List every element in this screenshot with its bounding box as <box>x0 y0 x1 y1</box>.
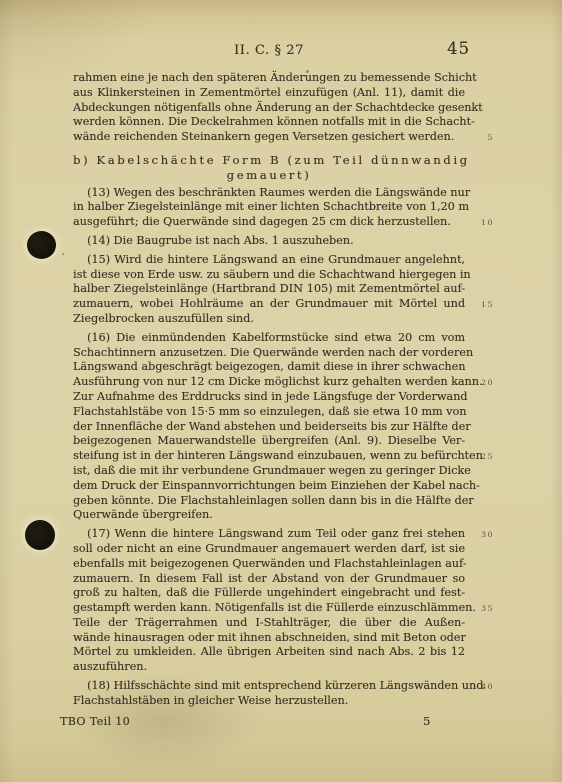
punch-hole-bottom <box>25 520 55 550</box>
text-line: Längswand abgeschrägt beigezogen, damit … <box>73 360 465 375</box>
text-line: aus Klinkersteinen in Zementmörtel einzu… <box>73 86 465 101</box>
text-line: (15) Wird die hintere Längswand an eine … <box>73 253 465 268</box>
text-line: ebenfalls mit beigezogenen Querwänden un… <box>73 557 465 572</box>
margin-line-number: 35 <box>481 605 494 613</box>
text-line: Flachstahlstäben in gleicher Weise herzu… <box>73 694 465 709</box>
text-line: Querwände übergreifen. <box>73 508 465 523</box>
text-line: auszuführen. <box>73 660 465 675</box>
punch-hole-top <box>27 231 56 259</box>
paper-speck <box>62 253 64 255</box>
document-page: II. C. § 27 45 rahmen eine je nach den s… <box>0 0 562 782</box>
text-line: der Innenfläche der Wand abstehen und be… <box>73 420 465 435</box>
margin-line-number: 20 <box>481 379 494 387</box>
margin-line-number: 15 <box>481 301 494 309</box>
footer-document-label: TBO Teil 10 <box>60 715 130 728</box>
text-line: rahmen eine je nach den späteren Änderun… <box>73 71 465 86</box>
paragraph: (14) Die Baugrube ist nach Abs. 1 auszuh… <box>73 234 465 249</box>
margin-line-number: 25 <box>481 453 494 461</box>
text-line: zumauern. In diesem Fall ist der Abstand… <box>73 572 465 587</box>
text-line: Schachtinnern anzusetzen. Die Querwände … <box>73 346 465 361</box>
text-line: Ziegelbrocken auszufüllen sind. <box>73 312 465 327</box>
text-column: rahmen eine je nach den späteren Änderun… <box>73 71 465 709</box>
text-line: Abdeckungen nötigenfalls ohne Änderung a… <box>73 101 465 116</box>
paragraph: (13) Wegen des beschränkten Raumes werde… <box>73 186 465 230</box>
text-line: in halber Ziegelsteinlänge mit einer lic… <box>73 200 465 215</box>
text-line: steifung ist in der hinteren Längswand e… <box>73 449 465 464</box>
text-line: ist diese von Erde usw. zu säubern und d… <box>73 268 465 283</box>
margin-line-number: 5 <box>488 134 494 142</box>
paragraph: (16) Die einmündenden Kabelformstücke si… <box>73 331 465 523</box>
text-line: Mörtel zu umkleiden. Alle übrigen Arbeit… <box>73 645 465 660</box>
paragraph: (17) Wenn die hintere Längswand zum Teil… <box>73 527 465 675</box>
text-line: (18) Hilfsschächte sind mit entsprechend… <box>73 679 465 694</box>
margin-line-number: 10 <box>481 219 494 227</box>
text-line: (17) Wenn die hintere Längswand zum Teil… <box>73 527 465 542</box>
text-line: zumauern, wobei Hohlräume an der Grundma… <box>73 297 465 312</box>
text-line: halber Ziegelsteinlänge (Hartbrand DIN 1… <box>73 282 465 297</box>
text-line: (16) Die einmündenden Kabelformstücke si… <box>73 331 465 346</box>
section-heading: b) Kabelschächte Form B (zum Teil dünnwa… <box>73 153 465 183</box>
text-line: wände hinausragen oder mit ihnen abschne… <box>73 631 465 646</box>
text-line: dem Druck der Einspannvorrichtungen beim… <box>73 479 465 494</box>
margin-line-number: 40 <box>481 683 494 691</box>
margin-line-number: 30 <box>481 531 494 539</box>
text-line: geben könnte. Die Flachstahleinlagen sol… <box>73 494 465 509</box>
section-heading-line: b) Kabelschächte Form B (zum Teil dünnwa… <box>73 153 465 168</box>
text-line: groß zu halten, daß die Füllerde ungehin… <box>73 586 465 601</box>
running-head: II. C. § 27 <box>73 43 465 58</box>
text-line: Flachstahlstäbe von 15·5 mm so einzulege… <box>73 405 465 420</box>
paragraph: rahmen eine je nach den späteren Änderun… <box>73 71 465 145</box>
text-line: Zur Aufnahme des Erddrucks sind in jede … <box>73 390 465 405</box>
section-heading-line: gemauert) <box>73 168 465 183</box>
text-line: beigezogenen Mauerwandstelle übergreifen… <box>73 434 465 449</box>
page-number: 45 <box>447 39 470 58</box>
text-line: ist, daß die mit ihr verbundene Grundmau… <box>73 464 465 479</box>
text-line: (14) Die Baugrube ist nach Abs. 1 auszuh… <box>73 234 465 249</box>
text-line: ausgeführt; die Querwände sind dagegen 2… <box>73 215 465 230</box>
paragraph: (18) Hilfsschächte sind mit entsprechend… <box>73 679 465 709</box>
text-line: (13) Wegen des beschränkten Raumes werde… <box>73 186 465 201</box>
text-line: gestampft werden kann. Nötigenfalls ist … <box>73 601 465 616</box>
text-line: werden können. Die Deckelrahmen können n… <box>73 115 465 130</box>
paragraph: (15) Wird die hintere Längswand an eine … <box>73 253 465 327</box>
text-line: Teile der Trägerrahmen und I-Stahlträger… <box>73 616 465 631</box>
text-line: soll oder nicht an eine Grundmauer angem… <box>73 542 465 557</box>
text-line: wände reichenden Steinankern gegen Verse… <box>73 130 465 145</box>
footer-sheet-number: 5 <box>423 714 430 728</box>
text-line: Ausführung von nur 12 cm Dicke möglichst… <box>73 375 465 390</box>
